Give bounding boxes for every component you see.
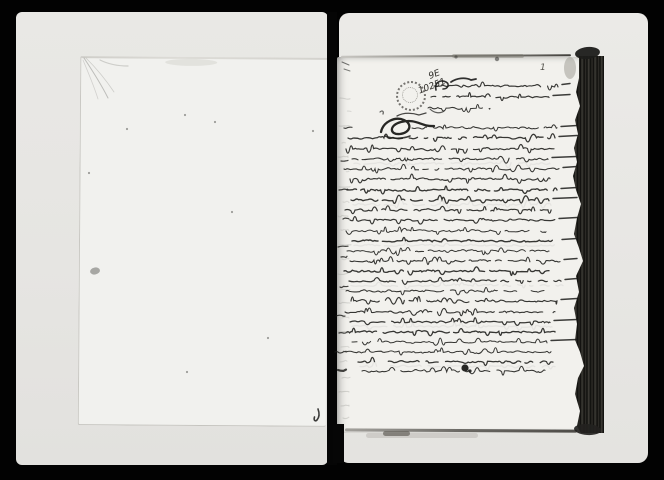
handwriting-ink-layer (0, 0, 664, 480)
manuscript-scan: 9E 10251 1 (0, 0, 664, 480)
